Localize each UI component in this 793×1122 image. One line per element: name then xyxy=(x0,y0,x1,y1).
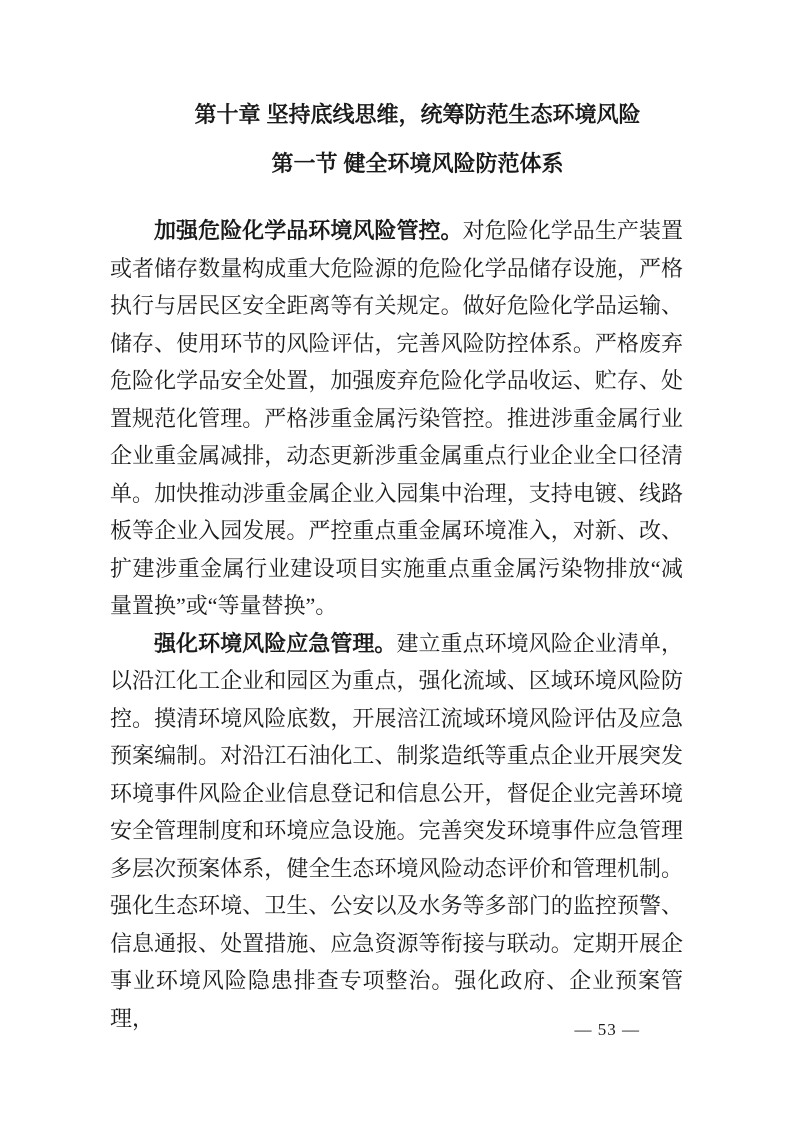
page-number: — 53 — xyxy=(575,1020,641,1040)
body-paragraph: 强化环境风险应急管理。建立重点环境风险企业清单，以沿江化工企业和园区为重点，强化… xyxy=(110,625,683,1038)
paragraph-lead: 加强危险化学品环境风险管控。 xyxy=(154,218,463,243)
text-block: 第十章 坚持底线思维，统筹防范生态环境风险 第一节 健全环境风险防范体系 加强危… xyxy=(110,0,683,1037)
chapter-heading: 第十章 坚持底线思维，统筹防范生态环境风险 xyxy=(131,100,704,130)
paragraph-lead: 强化环境风险应急管理。 xyxy=(154,631,396,656)
paragraph-text: 建立重点环境风险企业清单，以沿江化工企业和园区为重点，强化流域、区域环境风险防控… xyxy=(110,631,683,1031)
section-heading: 第一节 健全环境风险防范体系 xyxy=(131,149,704,179)
paragraph-text: 对危险化学品生产装置或者储存数量构成重大危险源的危险化学品储存设施，严格执行与居… xyxy=(110,218,683,618)
body-paragraph: 加强危险化学品环境风险管控。对危险化学品生产装置或者储存数量构成重大危险源的危险… xyxy=(110,212,683,625)
document-page: 第十章 坚持底线思维，统筹防范生态环境风险 第一节 健全环境风险防范体系 加强危… xyxy=(0,0,793,1122)
